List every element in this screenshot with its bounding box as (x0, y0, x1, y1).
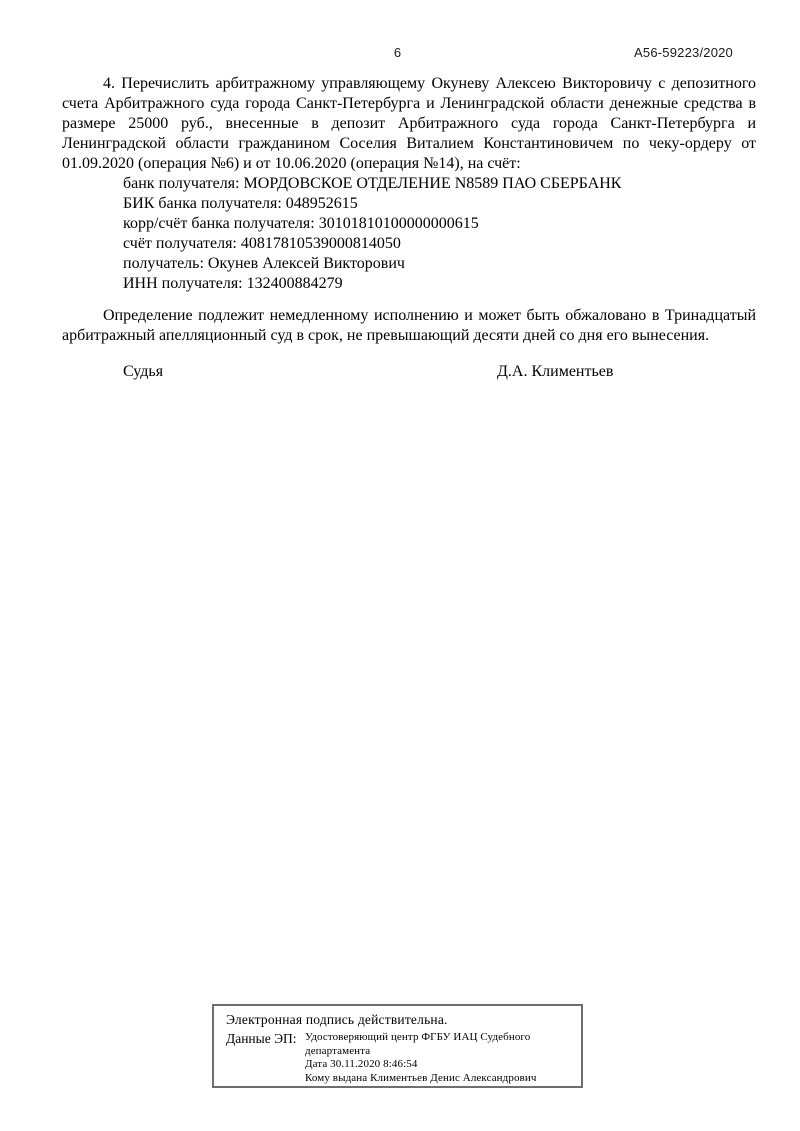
document-body: 4. Перечислить арбитражному управляющему… (62, 74, 756, 382)
bank-detail-line: счёт получателя: 40817810539000814050 (123, 234, 756, 254)
bank-detail-line: получатель: Окунев Алексей Викторович (123, 254, 756, 274)
case-number: А56-59223/2020 (634, 46, 733, 60)
stamp-detail-date: Дата 30.11.2020 8:46:54 (305, 1058, 573, 1072)
bank-detail-line: БИК банка получателя: 048952615 (123, 194, 756, 214)
stamp-detail-issued-to: Кому выдана Климентьев Денис Александров… (305, 1072, 573, 1086)
bank-detail-line: банк получателя: МОРДОВСКОЕ ОТДЕЛЕНИЕ N8… (123, 174, 756, 194)
bank-detail-line: ИНН получателя: 132400884279 (123, 274, 756, 294)
bank-details-block: банк получателя: МОРДОВСКОЕ ОТДЕЛЕНИЕ N8… (62, 174, 756, 294)
stamp-details: Удостоверяющий центр ФГБУ ИАЦ Судебного … (305, 1031, 573, 1085)
stamp-detail-certifying-center: Удостоверяющий центр ФГБУ ИАЦ Судебного … (305, 1031, 573, 1058)
paragraph-appeal-terms: Определение подлежит немедленному исполн… (62, 306, 756, 346)
stamp-data-row: Данные ЭП: Удостоверяющий центр ФГБУ ИАЦ… (226, 1031, 573, 1085)
page-number: 6 (62, 46, 733, 60)
page-header: 6 А56-59223/2020 (62, 46, 733, 62)
judge-name: Д.А. Климентьев (497, 362, 613, 382)
paragraph-transfer-order: 4. Перечислить арбитражному управляющему… (62, 74, 756, 174)
e-signature-stamp: Электронная подпись действительна. Данны… (212, 1004, 583, 1088)
judge-role-label: Судья (123, 363, 163, 380)
court-order-page: 6 А56-59223/2020 4. Перечислить арбитраж… (0, 0, 800, 1131)
bank-detail-line: корр/счёт банка получателя: 301018101000… (123, 214, 756, 234)
stamp-data-label: Данные ЭП: (226, 1031, 305, 1085)
stamp-validity-text: Электронная подпись действительна. (226, 1011, 573, 1028)
signature-row: Судья Д.А. Климентьев (62, 362, 756, 382)
